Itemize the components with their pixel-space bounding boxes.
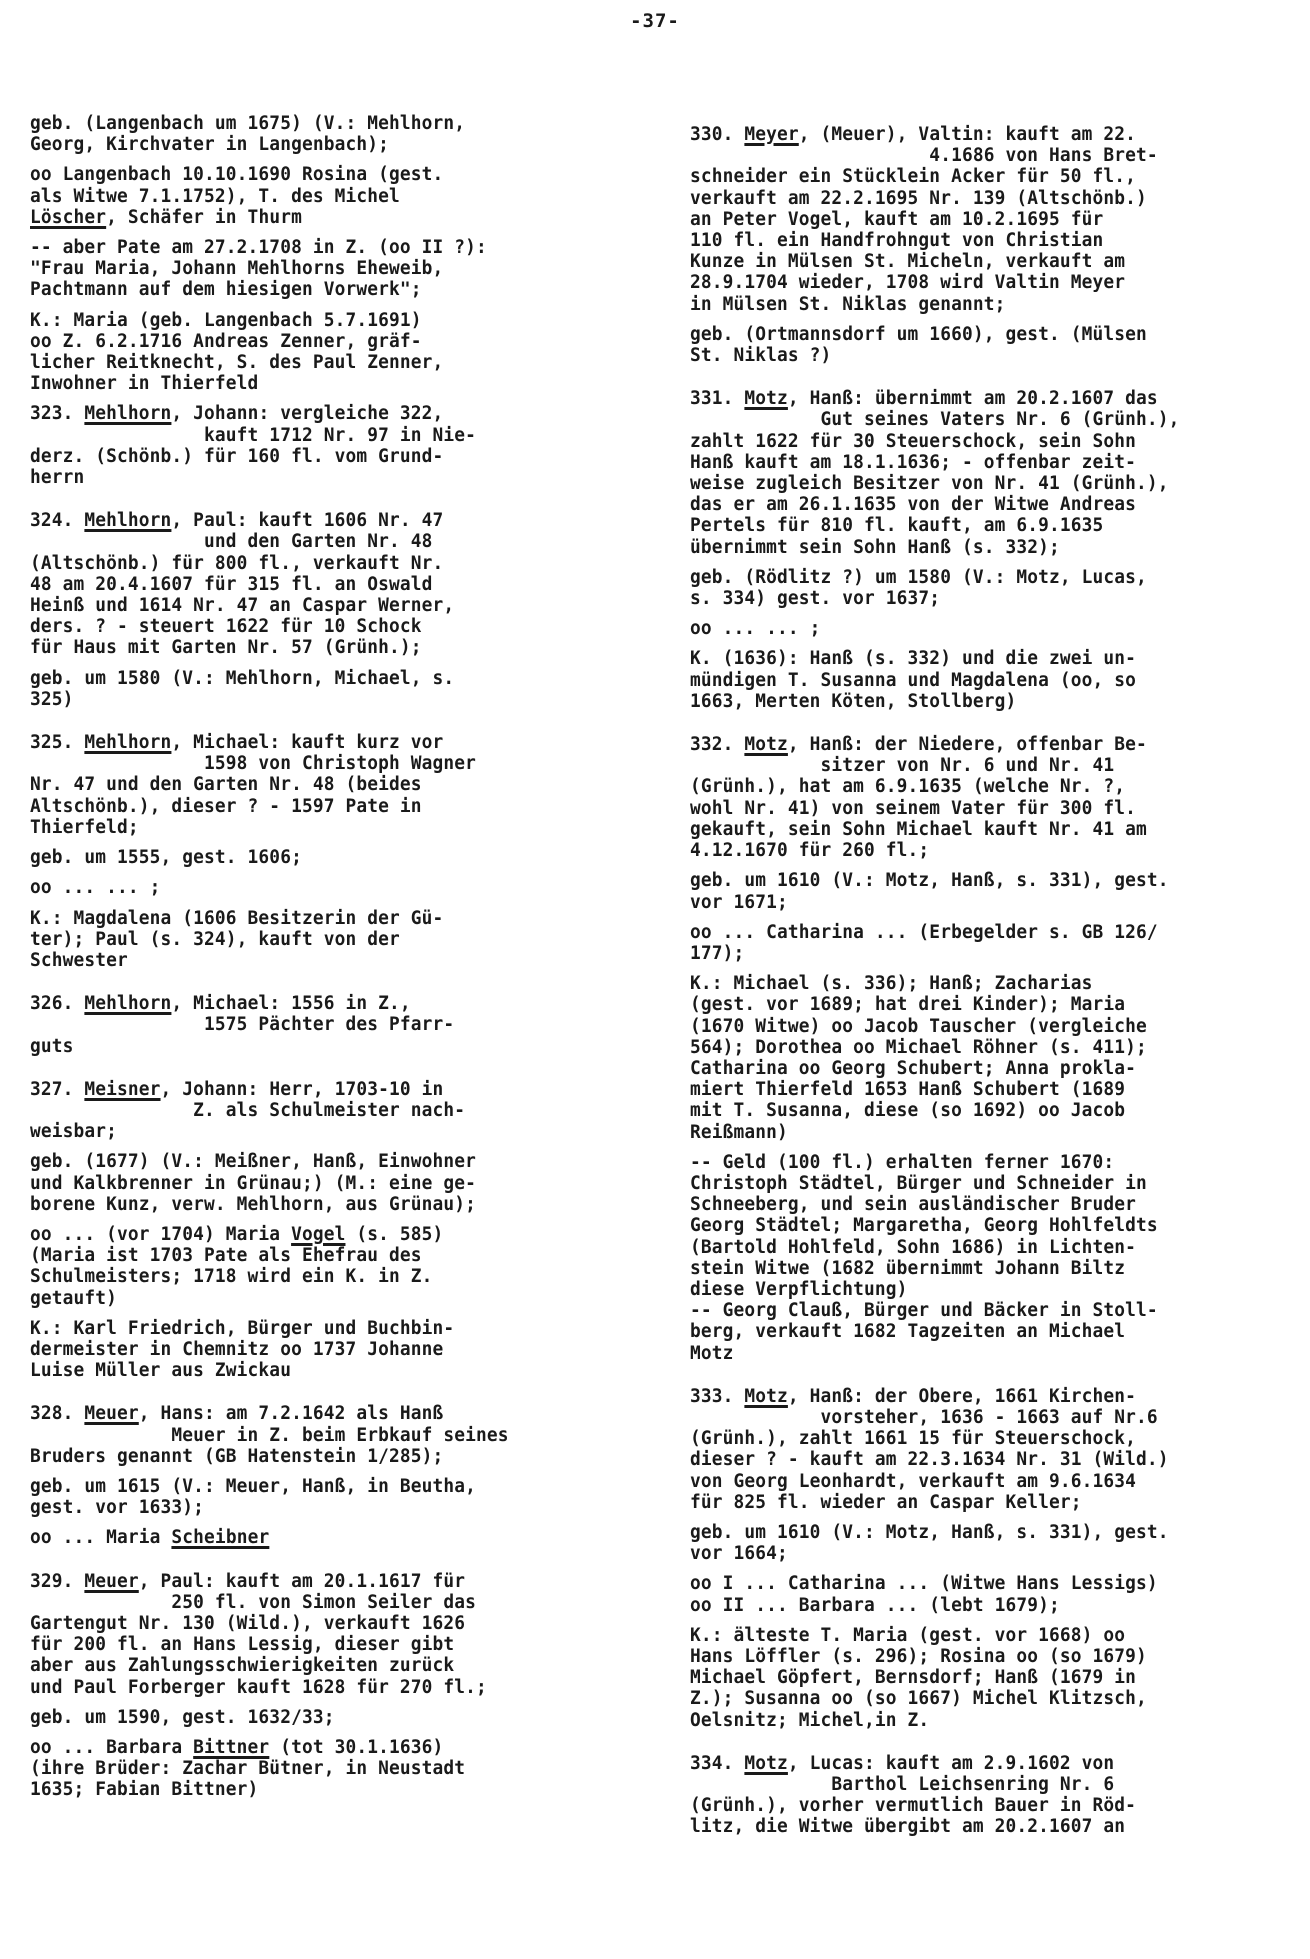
text-line: weisbar; xyxy=(30,1121,618,1142)
text-line: gekauft, sein Sohn Michael kauft Nr. 41 … xyxy=(690,819,1278,840)
entry-paragraph: geb. um 1590, gest. 1632/33; xyxy=(30,1707,630,1728)
underlined-surname: Meuer xyxy=(84,1403,138,1424)
text-line: 327. Meisner, Johann: Herr, 1703-10 in xyxy=(30,1079,618,1100)
entry-paragraph: geb. um 1610 (V.: Motz, Hanß, s. 331), g… xyxy=(690,870,1290,912)
text-line: als Witwe 7.1.1752), T. des Michel xyxy=(30,186,618,207)
text-line: von Georg Leonhardt, verkauft am 9.6.163… xyxy=(690,1471,1278,1492)
text-line: geb. um 1615 (V.: Meuer, Hanß, in Beutha… xyxy=(30,1476,618,1497)
text-line: weise zugleich Besitzer von Nr. 41 (Grün… xyxy=(690,473,1278,494)
text-line: Z. als Schulmeister nach- xyxy=(30,1100,618,1121)
text-line: geb. um 1580 (V.: Mehlhorn, Michael, s. xyxy=(30,668,618,689)
text-line: gest. vor 1633); xyxy=(30,1497,618,1518)
text-line: an Peter Vogel, kauft am 10.2.1695 für xyxy=(690,209,1278,230)
register-entry: 333. Motz, Hanß: der Obere, 1661 Kirchen… xyxy=(690,1386,1290,1513)
entry-paragraph: 323. Mehlhorn, Johann: vergleiche 322, k… xyxy=(30,403,630,488)
underlined-surname: Löscher xyxy=(30,207,106,228)
text-line: übernimmt sein Sohn Hanß (s. 332); xyxy=(690,537,1278,558)
underlined-surname: Meisner xyxy=(84,1079,160,1100)
text-line: für Haus mit Garten Nr. 57 (Grünh.); xyxy=(30,637,618,658)
entry-paragraph: K.: Magdalena (1606 Besitzerin der Gü-te… xyxy=(30,908,630,972)
right-column: 330. Meyer, (Meuer), Valtin: kauft am 22… xyxy=(690,124,1290,1847)
text-line: geb. um 1590, gest. 1632/33; xyxy=(30,1707,618,1728)
underlined-surname: Bittner xyxy=(193,1737,269,1758)
entry-paragraph: oo ... Catharina ... (Erbegelder s. GB 1… xyxy=(690,922,1290,964)
text-line: Georg, Kirchvater in Langenbach); xyxy=(30,134,618,155)
text-line: Reißmann) xyxy=(690,1122,1278,1143)
text-line: 333. Motz, Hanß: der Obere, 1661 Kirchen… xyxy=(690,1386,1278,1407)
text-line: in Mülsen St. Niklas genannt; xyxy=(690,294,1278,315)
text-line: dermeister in Chemnitz oo 1737 Johanne xyxy=(30,1339,618,1360)
text-line: oo Langenbach 10.10.1690 Rosina (gest. xyxy=(30,164,618,185)
underlined-surname: Mehlhorn xyxy=(84,732,171,753)
text-line: 1575 Pächter des Pfarr- xyxy=(30,1014,618,1035)
text-line: -- aber Pate am 27.2.1708 in Z. (oo II ?… xyxy=(30,237,618,258)
text-line: (Grünh.), zahlt 1661 15 für Steuerschock… xyxy=(690,1428,1278,1449)
text-line: das er am 26.1.1635 von der Witwe Andrea… xyxy=(690,494,1278,515)
entry-paragraph: geb. (Rödlitz ?) um 1580 (V.: Motz, Luca… xyxy=(690,567,1290,609)
text-line: geb. um 1555, gest. 1606; xyxy=(30,847,618,868)
text-line: Schulmeisters; 1718 wird ein K. in Z. xyxy=(30,1266,618,1287)
text-line: zahlt 1622 für 30 Steuerschock, sein Soh… xyxy=(690,431,1278,452)
text-line: -- Geld (100 fl.) erhalten ferner 1670: xyxy=(690,1152,1278,1173)
underlined-surname: Motz xyxy=(744,1386,788,1407)
text-line: herrn xyxy=(30,467,618,488)
text-line: "Frau Maria, Johann Mehlhorns Eheweib, xyxy=(30,258,618,279)
underlined-surname: Motz xyxy=(744,1753,788,1774)
underlined-surname: Mehlhorn xyxy=(84,403,171,424)
entry-paragraph: 330. Meyer, (Meuer), Valtin: kauft am 22… xyxy=(690,124,1290,315)
entry-paragraph: K.: Maria (geb. Langenbach 5.7.1691)oo Z… xyxy=(30,310,630,395)
text-line: (1670 Witwe) oo Jacob Tauscher (vergleic… xyxy=(690,1016,1278,1037)
text-line: (Grünh.), hat am 6.9.1635 (welche Nr. ?, xyxy=(690,776,1278,797)
text-line: Z.); Susanna oo (so 1667) Michel Klitzsc… xyxy=(690,1688,1278,1709)
text-line: (Maria ist 1703 Pate als Ehefrau des xyxy=(30,1245,618,1266)
text-line: vor 1664; xyxy=(690,1543,1278,1564)
text-line: Hans Löffler (s. 296); Rosina oo (so 167… xyxy=(690,1646,1278,1667)
text-line: Kunze in Mülsen St. Micheln, verkauft am xyxy=(690,251,1278,272)
entry-paragraph: geb. (Langenbach um 1675) (V.: Mehlhorn,… xyxy=(30,113,630,155)
text-line: 110 fl. ein Handfrohngut von Christian xyxy=(690,230,1278,251)
entry-paragraph: geb. um 1580 (V.: Mehlhorn, Michael, s.3… xyxy=(30,668,630,710)
text-line: oo ... ... ; xyxy=(30,877,618,898)
text-line: 1598 von Christoph Wagner xyxy=(30,753,618,774)
text-line: und den Garten Nr. 48 xyxy=(30,531,618,552)
text-line: für 200 fl. an Hans Lessig, dieser gibt xyxy=(30,1634,618,1655)
entry-paragraph: K. (1636): Hanß (s. 332) und die zwei un… xyxy=(690,648,1290,712)
text-line: geb. (Rödlitz ?) um 1580 (V.: Motz, Luca… xyxy=(690,567,1278,588)
text-line: mündigen T. Susanna und Magdalena (oo, s… xyxy=(690,670,1278,691)
entry-paragraph: oo ... ... ; xyxy=(30,877,630,898)
text-line: oo II ... Barbara ... (lebt 1679); xyxy=(690,1595,1278,1616)
underlined-surname: Scheibner xyxy=(171,1527,269,1548)
register-entry: 329. Meuer, Paul: kauft am 20.1.1617 für… xyxy=(30,1571,630,1698)
entry-paragraph: oo I ... Catharina ... (Witwe Hans Lessi… xyxy=(690,1573,1290,1615)
text-line: litz, die Witwe übergibt am 20.2.1607 an xyxy=(690,1816,1278,1837)
register-entry: 332. Motz, Hanß: der Niedere, offenbar B… xyxy=(690,734,1290,861)
text-line: s. 334) gest. vor 1637; xyxy=(690,588,1278,609)
text-line: (ihre Brüder: Zachar Bütner, in Neustadt xyxy=(30,1758,618,1779)
text-line: 4.12.1670 für 260 fl.; xyxy=(690,840,1278,861)
text-line: oo ... Maria Scheibner xyxy=(30,1527,618,1548)
text-line: geb. (1677) (V.: Meißner, Hanß, Einwohne… xyxy=(30,1151,618,1172)
text-line: K.: Karl Friedrich, Bürger und Buchbin- xyxy=(30,1318,618,1339)
text-line: 564); Dorothea oo Michael Röhner (s. 411… xyxy=(690,1037,1278,1058)
text-line: (gest. vor 1689; hat drei Kinder); Maria xyxy=(690,994,1278,1015)
text-line: miert Thierfeld 1653 Hanß Schubert (1689 xyxy=(690,1079,1278,1100)
entry-paragraph: geb. um 1610 (V.: Motz, Hanß, s. 331), g… xyxy=(690,1522,1290,1564)
underlined-surname: Meuer xyxy=(84,1571,138,1592)
text-line: oo ... (vor 1704) Maria Vogel (s. 585) xyxy=(30,1224,618,1245)
text-line: getauft) xyxy=(30,1288,618,1309)
text-line: ders. ? - steuert 1622 für 10 Schock xyxy=(30,616,618,637)
text-line: und Paul Forberger kauft 1628 für 270 fl… xyxy=(30,1677,618,1698)
text-line: K.: älteste T. Maria (gest. vor 1668) oo xyxy=(690,1625,1278,1646)
text-line: 1635; Fabian Bittner) xyxy=(30,1779,618,1800)
register-entry: 324. Mehlhorn, Paul: kauft 1606 Nr. 47 u… xyxy=(30,510,630,658)
text-line: ter); Paul (s. 324), kauft von der xyxy=(30,929,618,950)
text-line: geb. (Langenbach um 1675) (V.: Mehlhorn, xyxy=(30,113,618,134)
underlined-surname: Motz xyxy=(744,734,788,755)
entry-paragraph: geb. (1677) (V.: Meißner, Hanß, Einwohne… xyxy=(30,1151,630,1215)
text-line: 28.9.1704 wieder, 1708 wird Valtin Meyer xyxy=(690,272,1278,293)
register-entry: 334. Motz, Lucas: kauft am 2.9.1602 von … xyxy=(690,1753,1290,1838)
text-line: und Kalkbrenner in Grünau;) (M.: eine ge… xyxy=(30,1173,618,1194)
text-line: 329. Meuer, Paul: kauft am 20.1.1617 für xyxy=(30,1571,618,1592)
text-line: Nr. 47 und den Garten Nr. 48 (beides xyxy=(30,774,618,795)
text-line: Pachtmann auf dem hiesigen Vorwerk"; xyxy=(30,279,618,300)
text-line: 1663, Merten Köten, Stollberg) xyxy=(690,691,1278,712)
text-line: oo ... Barbara Bittner (tot 30.1.1636) xyxy=(30,1737,618,1758)
text-line: 332. Motz, Hanß: der Niedere, offenbar B… xyxy=(690,734,1278,755)
text-line: kauft 1712 Nr. 97 in Nie- xyxy=(30,425,618,446)
entry-paragraph: K.: Karl Friedrich, Bürger und Buchbin-d… xyxy=(30,1318,630,1382)
underlined-surname: Mehlhorn xyxy=(84,993,171,1014)
text-line: Schneeberg, und sein ausländischer Brude… xyxy=(690,1194,1278,1215)
underlined-surname: Motz xyxy=(744,388,788,409)
text-line: K.: Maria (geb. Langenbach 5.7.1691) xyxy=(30,310,618,331)
text-line: (Bartold Hohlfeld, Sohn 1686) in Lichten… xyxy=(690,1237,1278,1258)
text-line: verkauft am 22.2.1695 Nr. 139 (Altschönb… xyxy=(690,188,1278,209)
text-line: oo I ... Catharina ... (Witwe Hans Lessi… xyxy=(690,1573,1278,1594)
text-line: Altschönb.), dieser ? - 1597 Pate in xyxy=(30,796,618,817)
text-line: guts xyxy=(30,1036,618,1057)
text-line: K.: Magdalena (1606 Besitzerin der Gü- xyxy=(30,908,618,929)
text-line: dieser ? - kauft am 22.3.1634 Nr. 31 (Wi… xyxy=(690,1449,1278,1470)
text-line: Gut seines Vaters Nr. 6 (Grünh.), xyxy=(690,409,1278,430)
underlined-surname: Mehlhorn xyxy=(84,510,171,531)
entry-paragraph: oo ... Barbara Bittner (tot 30.1.1636)(i… xyxy=(30,1737,630,1801)
entry-paragraph: geb. (Ortmannsdorf um 1660), gest. (Müls… xyxy=(690,324,1290,366)
text-line: K.: Michael (s. 336); Hanß; Zacharias xyxy=(690,973,1278,994)
text-line: Löscher, Schäfer in Thurm xyxy=(30,207,618,228)
text-line: oo Z. 6.2.1716 Andreas Zenner, gräf- xyxy=(30,331,618,352)
text-line: oo ... Catharina ... (Erbegelder s. GB 1… xyxy=(690,922,1278,943)
text-line: vorsteher, 1636 - 1663 auf Nr.6 xyxy=(690,1407,1278,1428)
text-line: Luise Müller aus Zwickau xyxy=(30,1360,618,1381)
page-number: -37- xyxy=(0,10,1310,32)
text-line: (Grünh.), vorher vermutlich Bauer in Röd… xyxy=(690,1795,1278,1816)
text-line: Christoph Städtel, Bürger und Schneider … xyxy=(690,1173,1278,1194)
register-entry: 331. Motz, Hanß: übernimmt am 20.2.1607 … xyxy=(690,388,1290,558)
text-line: sitzer von Nr. 6 und Nr. 41 xyxy=(690,755,1278,776)
register-entry: 328. Meuer, Hans: am 7.2.1642 als Hanß M… xyxy=(30,1403,630,1467)
text-line: wohl Nr. 41) von seinem Vater für 300 fl… xyxy=(690,798,1278,819)
text-line: St. Niklas ?) xyxy=(690,345,1278,366)
text-line: 326. Mehlhorn, Michael: 1556 in Z., xyxy=(30,993,618,1014)
register-entry: 327. Meisner, Johann: Herr, 1703-10 in Z… xyxy=(30,1079,630,1143)
text-line: -- Georg Clauß, Bürger und Bäcker in Sto… xyxy=(690,1300,1278,1321)
entry-paragraph: oo Langenbach 10.10.1690 Rosina (gest.al… xyxy=(30,164,630,228)
text-line: Bruders genannt (GB Hatenstein 1/285); xyxy=(30,1446,618,1467)
text-line: borene Kunz, verw. Mehlhorn, aus Grünau)… xyxy=(30,1194,618,1215)
text-line: Gartengut Nr. 130 (Wild.), verkauft 1626 xyxy=(30,1613,618,1634)
text-line: 325. Mehlhorn, Michael: kauft kurz vor xyxy=(30,732,618,753)
text-line: stein Witwe (1682 übernimmt Johann Biltz xyxy=(690,1258,1278,1279)
text-line: K. (1636): Hanß (s. 332) und die zwei un… xyxy=(690,648,1278,669)
register-entry: 325. Mehlhorn, Michael: kauft kurz vor 1… xyxy=(30,732,630,838)
text-line: Motz xyxy=(690,1343,1278,1364)
text-line: Michael Göpfert, Bernsdorf; Hanß (1679 i… xyxy=(690,1667,1278,1688)
entry-paragraph: -- Geld (100 fl.) erhalten ferner 1670:C… xyxy=(690,1152,1290,1364)
text-line: 324. Mehlhorn, Paul: kauft 1606 Nr. 47 xyxy=(30,510,618,531)
text-line: Hanß kauft am 18.1.1636; - offenbar zeit… xyxy=(690,452,1278,473)
text-line: 325) xyxy=(30,689,618,710)
text-line: mit T. Susanna, diese (so 1692) oo Jacob xyxy=(690,1100,1278,1121)
text-line: 328. Meuer, Hans: am 7.2.1642 als Hanß xyxy=(30,1403,618,1424)
text-line: 177); xyxy=(690,943,1278,964)
text-line: schneider ein Stücklein Acker für 50 fl.… xyxy=(690,166,1278,187)
text-line: 48 am 20.4.1607 für 315 fl. an Oswald xyxy=(30,574,618,595)
text-line: 250 fl. von Simon Seiler das xyxy=(30,1592,618,1613)
text-line: Pertels für 810 fl. kauft, am 6.9.1635 xyxy=(690,515,1278,536)
text-line: für 825 fl. wieder an Caspar Keller; xyxy=(690,1492,1278,1513)
entry-paragraph: oo ... Maria Scheibner xyxy=(30,1527,630,1548)
register-entry: 326. Mehlhorn, Michael: 1556 in Z., 1575… xyxy=(30,993,630,1057)
text-line: diese Verpflichtung) xyxy=(690,1279,1278,1300)
entry-paragraph: K.: älteste T. Maria (gest. vor 1668) oo… xyxy=(690,1625,1290,1731)
text-line: 331. Motz, Hanß: übernimmt am 20.2.1607 … xyxy=(690,388,1278,409)
text-line: aber aus Zahlungsschwierigkeiten zurück xyxy=(30,1655,618,1676)
text-line: Georg Städtel; Margaretha, Georg Hohlfel… xyxy=(690,1215,1278,1236)
text-line: Inwohner in Thierfeld xyxy=(30,373,618,394)
entry-paragraph: oo ... (vor 1704) Maria Vogel (s. 585)(M… xyxy=(30,1224,630,1309)
entry-paragraph: K.: Michael (s. 336); Hanß; Zacharias(ge… xyxy=(690,973,1290,1143)
text-line: 330. Meyer, (Meuer), Valtin: kauft am 22… xyxy=(690,124,1278,145)
entry-paragraph: geb. um 1615 (V.: Meuer, Hanß, in Beutha… xyxy=(30,1476,630,1518)
text-line: Heinß und 1614 Nr. 47 an Caspar Werner, xyxy=(30,595,618,616)
text-line: berg, verkauft 1682 Tagzeiten an Michael xyxy=(690,1321,1278,1342)
text-line: Meuer in Z. beim Erbkauf seines xyxy=(30,1425,618,1446)
underlined-surname: Meyer xyxy=(744,124,798,145)
text-line: licher Reitknecht, S. des Paul Zenner, xyxy=(30,352,618,373)
text-line: vor 1671; xyxy=(690,892,1278,913)
text-line: 334. Motz, Lucas: kauft am 2.9.1602 von xyxy=(690,1753,1278,1774)
text-line: geb. um 1610 (V.: Motz, Hanß, s. 331), g… xyxy=(690,1522,1278,1543)
entry-paragraph: -- aber Pate am 27.2.1708 in Z. (oo II ?… xyxy=(30,237,630,301)
text-line: geb. um 1610 (V.: Motz, Hanß, s. 331), g… xyxy=(690,870,1278,891)
text-line: 323. Mehlhorn, Johann: vergleiche 322, xyxy=(30,403,618,424)
text-line: Barthol Leichsenring Nr. 6 xyxy=(690,1774,1278,1795)
text-line: Oelsnitz; Michel,in Z. xyxy=(690,1710,1278,1731)
entry-paragraph: oo ... ... ; xyxy=(690,618,1290,639)
text-line: Thierfeld; xyxy=(30,817,618,838)
text-line: Catharina oo Georg Schubert; Anna prokla… xyxy=(690,1058,1278,1079)
text-line: 4.1686 von Hans Bret- xyxy=(690,145,1278,166)
underlined-surname: Vogel xyxy=(291,1224,345,1245)
left-column: geb. (Langenbach um 1675) (V.: Mehlhorn,… xyxy=(30,113,630,1810)
text-line: (Altschönb.) für 800 fl., verkauft Nr. xyxy=(30,553,618,574)
entry-paragraph: geb. um 1555, gest. 1606; xyxy=(30,847,630,868)
text-line: oo ... ... ; xyxy=(690,618,1278,639)
text-line: Schwester xyxy=(30,950,618,971)
text-line: geb. (Ortmannsdorf um 1660), gest. (Müls… xyxy=(690,324,1278,345)
text-line: derz. (Schönb.) für 160 fl. vom Grund- xyxy=(30,446,618,467)
